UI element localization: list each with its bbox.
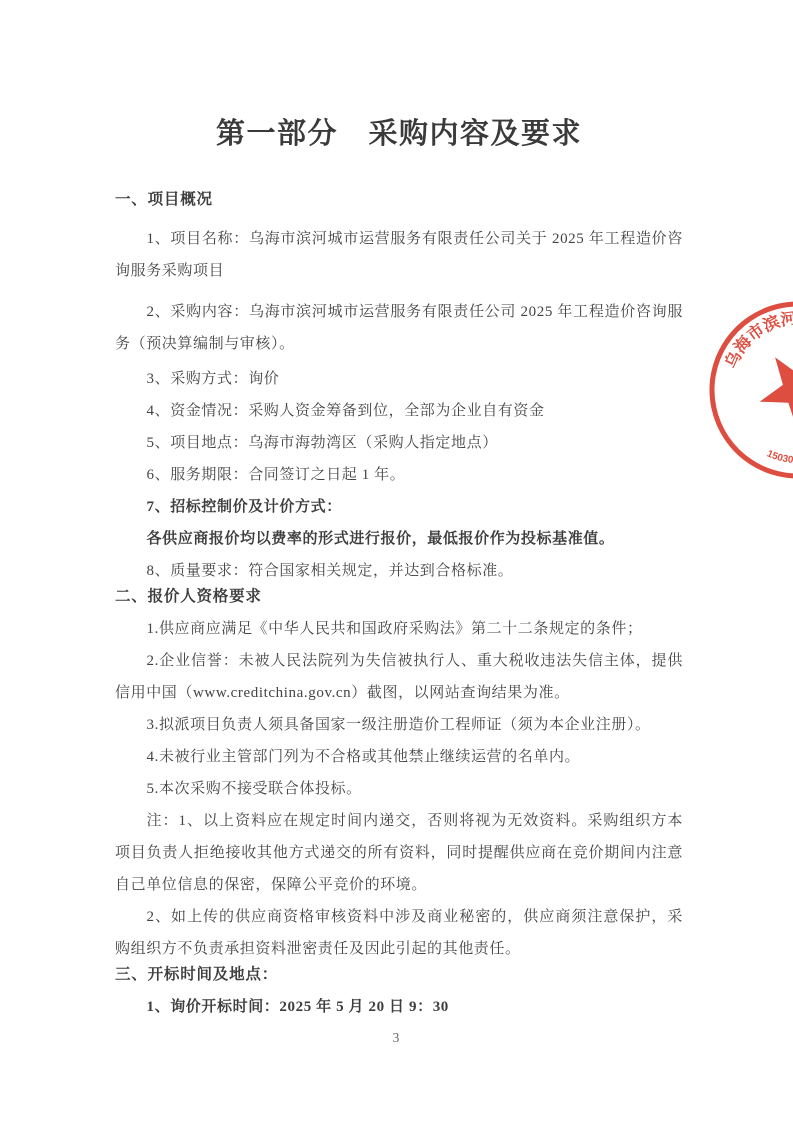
para-control-price: 7、招标控制价及计价方式： — [115, 491, 683, 523]
para-service-term: 6、服务期限：合同签订之日起 1 年。 — [115, 459, 683, 491]
para-qualification-2: 2.企业信誉：未被人民法院列为失信被执行人、重大税收违法失信主体，提供信用中国（… — [115, 645, 683, 709]
document-content: 第一部分 采购内容及要求 一、项目概况 1、项目名称：乌海市滨河城市运营服务有限… — [115, 0, 683, 1023]
red-star-icon — [744, 335, 793, 438]
para-qualification-3: 3.拟派项目负责人须具备国家一级注册造价工程师证（须为本企业注册）。 — [115, 709, 683, 741]
para-qualification-4: 4.未被行业主管部门列为不合格或其他禁止继续运营的名单内。 — [115, 741, 683, 773]
para-project-name: 1、项目名称：乌海市滨河城市运营服务有限责任公司关于 2025 年工程造价咨询服… — [115, 223, 683, 287]
seal-company-text: 乌海市滨河城市运营服务有限责任公司 — [712, 292, 793, 484]
para-procurement-content: 2、采购内容：乌海市滨河城市运营服务有限责任公司 2025 年工程造价咨询服务（… — [115, 296, 683, 360]
para-quote-rate-rule: 各供应商报价均以费率的形式进行报价，最低报价作为投标基准值。 — [115, 523, 683, 555]
page-title: 第一部分 采购内容及要求 — [115, 112, 683, 156]
seal-code-text: 150302 — [763, 443, 793, 473]
para-note-1: 注：1、以上资料应在规定时间内递交，否则将视为无效资料。采购组织方本项目负责人拒… — [115, 805, 683, 901]
para-location: 5、项目地点：乌海市海勃湾区（采购人指定地点） — [115, 427, 683, 459]
para-opening-time: 1、询价开标时间：2025 年 5 月 20 日 9：30 — [115, 991, 683, 1023]
seal-ring — [696, 288, 793, 492]
para-funding: 4、资金情况：采购人资金筹备到位，全部为企业自有资金 — [115, 395, 683, 427]
official-seal-stamp: 乌海市滨河城市运营服务有限责任公司 150302 — [686, 284, 793, 496]
para-qualification-1: 1.供应商应满足《中华人民共和国政府采购法》第二十二条规定的条件； — [115, 613, 683, 645]
para-procurement-method: 3、采购方式：询价 — [115, 363, 683, 395]
para-qualification-5: 5.本次采购不接受联合体投标。 — [115, 773, 683, 805]
page-number: 3 — [0, 1030, 793, 1046]
svg-text:乌海市滨河城市运营服务有限责任公司: 乌海市滨河城市运营服务有限责任公司 — [712, 292, 793, 484]
para-note-2: 2、如上传的供应商资格审核资料中涉及商业秘密的，供应商须注意保护，采购组织方不负… — [115, 901, 683, 965]
document-page: 第一部分 采购内容及要求 一、项目概况 1、项目名称：乌海市滨河城市运营服务有限… — [0, 0, 793, 1123]
section-heading-1: 一、项目概况 — [115, 184, 683, 216]
svg-text:150302: 150302 — [763, 443, 793, 473]
